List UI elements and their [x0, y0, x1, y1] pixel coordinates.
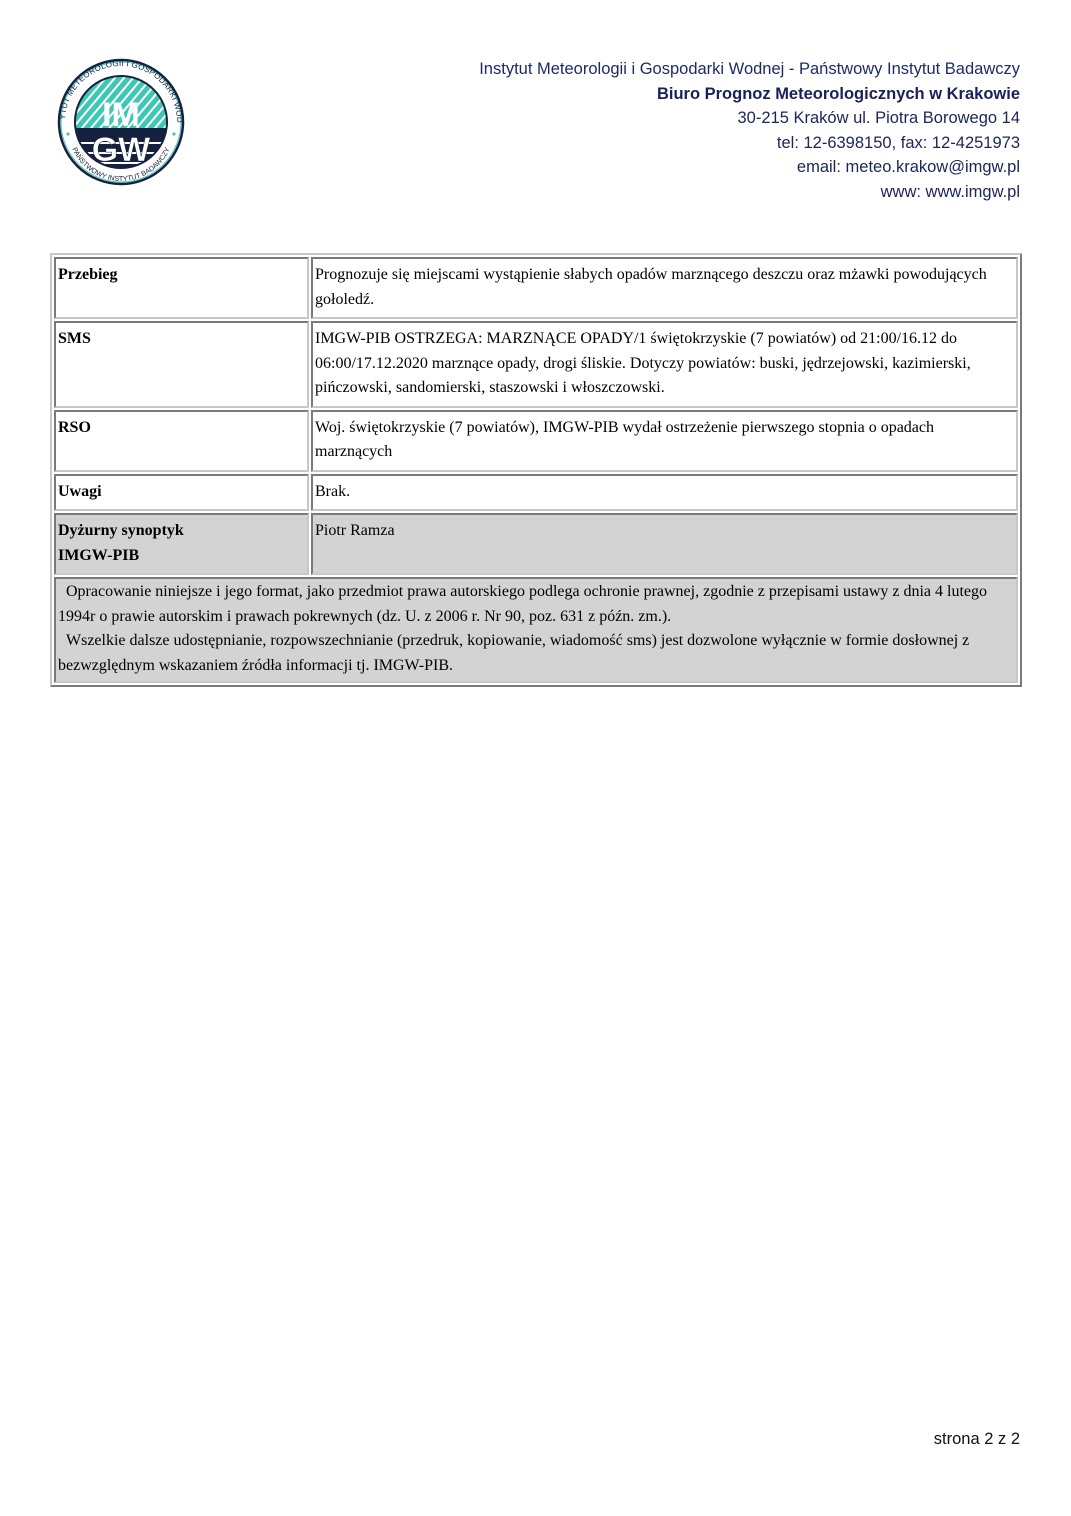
- forecaster-name: Piotr Ramza: [311, 513, 1018, 575]
- redistribution-paragraph: Wszelkie dalsze udostępnianie, rozpowsze…: [58, 629, 1014, 678]
- address: 30-215 Kraków ul. Piotra Borowego 14: [479, 106, 1020, 131]
- table-row-rso: RSO Woj. świętokrzyskie (7 powiatów), IM…: [54, 410, 1018, 472]
- page-number: strona 2 z 2: [934, 1430, 1020, 1449]
- row-label: Przebieg: [54, 257, 309, 319]
- forecaster-label-line2: IMGW-PIB: [58, 547, 139, 564]
- row-label: Uwagi: [54, 474, 309, 512]
- table-row-copyright-notice: Opracowanie niniejsze i jego format, jak…: [54, 577, 1018, 683]
- table-row-uwagi: Uwagi Brak.: [54, 474, 1018, 512]
- warning-report-table: Przebieg Prognozuje się miejscami wystąp…: [50, 253, 1022, 687]
- institute-header: Instytut Meteorologii i Gospodarki Wodne…: [479, 57, 1020, 204]
- row-label: RSO: [54, 410, 309, 472]
- table-row-sms: SMS IMGW-PIB OSTRZEGA: MARZNĄCE OPADY/1 …: [54, 321, 1018, 408]
- table-row-forecaster: Dyżurny synoptyk IMGW-PIB Piotr Ramza: [54, 513, 1018, 575]
- forecaster-label-line1: Dyżurny synoptyk: [58, 522, 184, 539]
- row-value: Prognozuje się miejscami wystąpienie sła…: [311, 257, 1018, 319]
- forecaster-label: Dyżurny synoptyk IMGW-PIB: [54, 513, 309, 575]
- row-value: Woj. świętokrzyskie (7 powiatów), IMGW-P…: [311, 410, 1018, 472]
- imgw-logo: INSTYTUT METEOROLOGII I GOSPODARKI WODNE…: [48, 58, 194, 186]
- row-value: Brak.: [311, 474, 1018, 512]
- organization-name: Instytut Meteorologii i Gospodarki Wodne…: [479, 57, 1020, 82]
- svg-text:GW: GW: [92, 131, 151, 169]
- email: email: meteo.krakow@imgw.pl: [479, 155, 1020, 180]
- imgw-logo-icon: INSTYTUT METEOROLOGII I GOSPODARKI WODNE…: [48, 58, 194, 186]
- row-label: SMS: [54, 321, 309, 408]
- website: www: www.imgw.pl: [479, 180, 1020, 205]
- copyright-paragraph: Opracowanie niniejsze i jego format, jak…: [58, 580, 1014, 629]
- copyright-notice: Opracowanie niniejsze i jego format, jak…: [54, 577, 1018, 683]
- svg-text:IM: IM: [102, 96, 140, 134]
- phone-fax: tel: 12-6398150, fax: 12-4251973: [479, 131, 1020, 156]
- row-value: IMGW-PIB OSTRZEGA: MARZNĄCE OPADY/1 świę…: [311, 321, 1018, 408]
- table-row-przebieg: Przebieg Prognozuje się miejscami wystąp…: [54, 257, 1018, 319]
- bureau-name: Biuro Prognoz Meteorologicznych w Krakow…: [479, 82, 1020, 107]
